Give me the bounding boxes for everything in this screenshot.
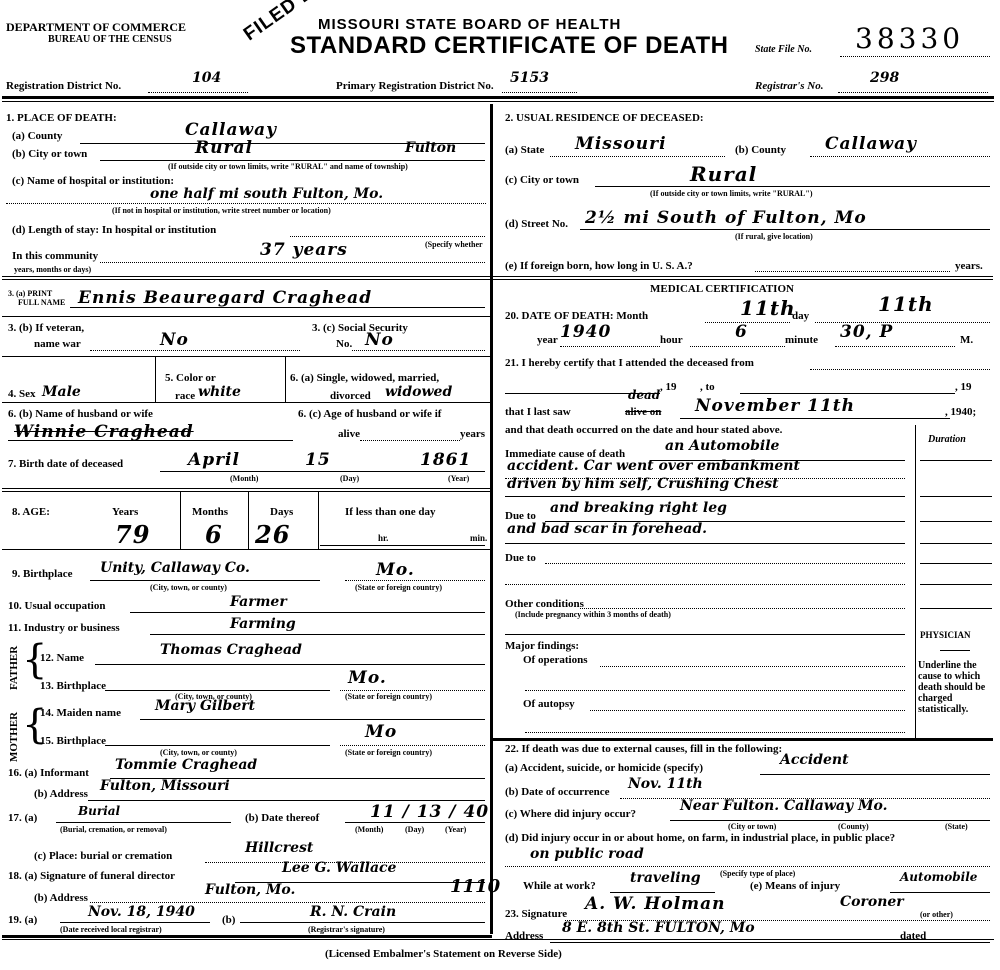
res-city-label: (c) City or town [505, 174, 579, 186]
father-birth-label: 13. Birthplace [40, 680, 106, 692]
name-label-2: FULL NAME [18, 298, 65, 307]
father-state-caption: (State or foreign country) [345, 692, 432, 701]
dod-m-suffix: M. [960, 334, 973, 346]
bureau-census: BUREAU OF THE CENSUS [48, 34, 172, 45]
birth-year: 1861 [420, 450, 471, 470]
birthplace-label: 9. Birthplace [12, 568, 73, 580]
days-label: Days [270, 506, 293, 518]
res-county-label: (b) County [735, 144, 786, 156]
major-findings-label: Major findings: [505, 640, 579, 652]
pod-stay-label: (d) Length of stay: In hospital or insti… [12, 224, 216, 236]
registrar-caption: (Registrar's signature) [308, 925, 385, 934]
dod-label: 20. DATE OF DEATH: Month [505, 310, 648, 322]
page-title: STANDARD CERTIFICATE OF DEATH [290, 32, 728, 60]
dated-label: dated [900, 930, 926, 942]
where-value: Near Fulton. Callaway Mo. [680, 798, 887, 814]
last-saw-label: that I last saw [505, 406, 571, 418]
marital-label-1: 6. (a) Single, widowed, married, [290, 372, 439, 384]
last-saw-year: , 1940; [945, 406, 976, 418]
state-file-number: 38330 [855, 22, 964, 55]
industry-label: 11. Industry or business [8, 622, 120, 634]
birth-day: 15 [305, 450, 331, 470]
father-birth: Mo. [348, 668, 387, 688]
spouse-name: Winnie Craghead [14, 422, 194, 442]
where-label: (c) Where did injury occur? [505, 808, 636, 820]
dod-day-label: day [792, 310, 809, 322]
years-label: Years [112, 506, 138, 518]
registrar-sig-label: (b) [222, 914, 235, 926]
pod-community-value: 37 years [260, 240, 348, 260]
father-name: Thomas Craghead [160, 642, 302, 658]
work-label: While at work? [523, 880, 596, 892]
burial-date-day: 13 [417, 802, 443, 822]
pod-city-extra: Fulton [405, 140, 456, 156]
pod-county: Callaway [185, 120, 277, 140]
marital-value: widowed [385, 384, 452, 400]
color-label-1: 5. Color or [165, 372, 216, 384]
due-line-1: and breaking right leg [550, 500, 727, 516]
burial-date-label: (b) Date thereof [245, 812, 319, 824]
mother-birth-label: 15. Birthplace [40, 735, 106, 747]
age-days: 26 [255, 520, 290, 549]
veteran-value: No [160, 330, 189, 350]
burial-year-caption: (Year) [445, 825, 466, 834]
res-street-label: (d) Street No. [505, 218, 568, 230]
pod-city-note: (If outside city or town limits, write "… [168, 162, 408, 171]
pod-hospital: one half mi south Fulton, Mo. [150, 186, 383, 202]
manner-value: Accident [780, 752, 849, 768]
dod-hour-label: hour [660, 334, 683, 346]
dod-hour: 6 [735, 322, 748, 342]
last-saw-status: dead [628, 388, 660, 402]
physician-signature: A. W. Holman [585, 894, 726, 914]
mother-side-label: MOTHER [8, 712, 20, 762]
burial-place: Hillcrest [245, 840, 313, 856]
res-street: 2½ mi South of Fulton, Mo [585, 208, 867, 228]
father-side-label: FATHER [8, 646, 20, 690]
received-date: Nov. 18, 1940 [88, 904, 195, 920]
residence-heading: 2. USUAL RESIDENCE OF DECEASED: [505, 112, 704, 124]
other-conditions-label: Other conditions [505, 598, 584, 610]
color-label-2: race [175, 390, 195, 402]
informant-address-label: (b) Address [34, 788, 88, 800]
occurrence-date: Nov. 11th [628, 776, 703, 792]
primary-reg-number: 5153 [510, 70, 549, 86]
burial-day-caption: (Day) [405, 825, 424, 834]
from-19: , 19 [660, 381, 677, 393]
marital-label-2: divorced [330, 390, 371, 402]
birthplace-city-caption: (City, town, or county) [150, 583, 227, 592]
pod-city-label: (b) City or town [12, 148, 87, 160]
cause-line-2: accident. Car went over embankment [507, 458, 800, 474]
res-city: Rural [690, 162, 757, 186]
spouse-age-label-1: 6. (c) Age of husband or wife if [298, 408, 441, 420]
funeral-director-signature: Lee G. Wallace [282, 860, 396, 876]
full-name: Ennis Beauregard Craghead [78, 288, 372, 308]
other-conditions-note: (Include pregnancy within 3 months of de… [515, 610, 671, 619]
mother-city-caption: (City, town, or county) [160, 748, 237, 757]
where-city-caption: (City or town) [728, 822, 776, 831]
res-county: Callaway [825, 134, 917, 154]
burial-date: 11 / 13 / 40 [370, 802, 489, 822]
pod-city: Rural [195, 138, 253, 158]
reg-district-label: Registration District No. [6, 80, 121, 92]
physician-label: PHYSICIAN [920, 630, 971, 640]
primary-reg-label: Primary Registration District No. [336, 80, 494, 92]
ssn-label-2: No. [336, 338, 352, 350]
due-line-2: and bad scar in forehead. [507, 521, 707, 537]
means-label: (e) Means of injury [750, 880, 840, 892]
dod-year: 1940 [560, 322, 611, 342]
informant-value: Tommie Craghead [115, 757, 257, 773]
age-months: 6 [205, 520, 223, 549]
board-heading: MISSOURI STATE BOARD OF HEALTH [318, 16, 621, 33]
dept-commerce: DEPARTMENT OF COMMERCE [6, 20, 186, 35]
hr-label: hr. [378, 533, 388, 543]
birthplace-state: Mo. [376, 560, 415, 580]
birth-label: 7. Birth date of deceased [8, 458, 123, 470]
place-of-death-heading: 1. PLACE OF DEATH: [6, 112, 117, 124]
mother-name-label: 14. Maiden name [40, 707, 121, 719]
min-label: min. [470, 533, 487, 543]
footer-note: (Licensed Embalmer's Statement on Revers… [325, 948, 562, 960]
month-caption: (Month) [230, 474, 258, 483]
sex-label: 4. Sex [8, 388, 36, 400]
spouse-age-label-2: alive [338, 428, 360, 440]
age-years: 79 [115, 520, 150, 549]
mother-state-caption: (State or foreign country) [345, 748, 432, 757]
physician-address: 8 E. 8th St. FULTON, Mo [562, 920, 755, 936]
occurred-text: and that death occurred on the date and … [505, 424, 782, 436]
name-label-1: 3. (a) PRINT [8, 289, 52, 298]
received-caption: (Date received local registrar) [60, 925, 162, 934]
work-value: traveling [630, 870, 701, 886]
sex-value: Male [42, 384, 81, 400]
pod-county-label: (a) County [12, 130, 62, 142]
cause-line-3: driven by him self, Crushing Chest [507, 476, 779, 492]
dod-minute-label: minute [785, 334, 818, 346]
place-type-caption: (Specify type of place) [720, 869, 795, 878]
pod-community-label: In this community [12, 250, 98, 262]
father-name-label: 12. Name [40, 652, 84, 664]
mother-name: Mary Gilbert [155, 698, 255, 714]
industry-value: Farming [230, 616, 296, 632]
signature-other: (or other) [920, 910, 953, 919]
place-type-label: (d) Did injury occur in or about home, o… [505, 832, 895, 844]
spouse-label: 6. (b) Name of husband or wife [8, 408, 153, 420]
dod-month: 11th [740, 296, 796, 320]
ssn-value: No [365, 330, 394, 350]
lt-day-label: If less than one day [345, 506, 435, 518]
registrar-no-label: Registrar's No. [755, 80, 823, 92]
to-label: , to [700, 381, 715, 393]
cause-line-1: an Automobile [665, 438, 779, 454]
to-19: , 19 [955, 381, 972, 393]
pod-specify-note: (Specify whether [425, 240, 483, 249]
res-street-note: (If rural, give location) [735, 232, 813, 241]
license-number: 1110 [450, 876, 500, 897]
physician-address-label: Address [505, 930, 543, 942]
res-state: Missouri [575, 134, 667, 154]
burial-month-caption: (Month) [355, 825, 383, 834]
burial-place-label: (c) Place: burial or cremation [34, 850, 172, 862]
external-heading: 22. If death was due to external causes,… [505, 743, 782, 755]
alive-on: alive on [625, 406, 661, 418]
pod-community-note: years, months or days) [14, 265, 91, 274]
res-foreign-suffix: years. [955, 260, 983, 272]
veteran-label-1: 3. (b) If veteran, [8, 322, 84, 334]
signature-label: 23. Signature [505, 908, 567, 920]
day-caption: (Day) [340, 474, 359, 483]
received-label: 19. (a) [8, 914, 37, 926]
where-county-caption: (County) [838, 822, 869, 831]
dod-year-label: year [537, 334, 558, 346]
occurrence-date-label: (b) Date of occurrence [505, 786, 610, 798]
burial-date-year: 40 [463, 802, 489, 822]
dod-day: 11th [878, 292, 934, 316]
duration-label: Duration [928, 434, 966, 445]
signature-title: Coroner [840, 894, 904, 910]
autopsy-label: Of autopsy [523, 698, 575, 710]
means-value: Automobile [900, 870, 977, 884]
where-state-caption: (State) [945, 822, 968, 831]
months-label: Months [192, 506, 228, 518]
veteran-label-2: name war [34, 338, 81, 350]
director-address: Fulton, Mo. [205, 882, 295, 898]
place-type-value: on public road [530, 846, 644, 862]
registrar-number: 298 [870, 70, 899, 86]
operations-label: Of operations [523, 654, 587, 666]
occupation-value: Farmer [230, 594, 287, 610]
state-file-label: State File No. [755, 44, 812, 55]
medical-heading: MEDICAL CERTIFICATION [650, 283, 794, 295]
spouse-age-suffix: years [460, 428, 485, 440]
registrar-signature: R. N. Crain [310, 904, 396, 920]
year-caption: (Year) [448, 474, 469, 483]
dod-minute: 30, P [840, 322, 893, 342]
age-label: 8. AGE: [12, 506, 50, 518]
funeral-director-label: 18. (a) Signature of funeral director [8, 870, 175, 882]
burial-value: Burial [78, 804, 120, 818]
director-address-label: (b) Address [34, 892, 88, 904]
res-state-label: (a) State [505, 144, 544, 156]
res-foreign-label: (e) If foreign born, how long in U. S. A… [505, 260, 693, 272]
informant-label: 16. (a) Informant [8, 767, 89, 779]
informant-address: Fulton, Missouri [100, 778, 230, 794]
color-value: white [198, 384, 241, 400]
birth-month: April [188, 450, 240, 470]
pod-hospital-note: (If not in hospital or institution, writ… [112, 206, 331, 215]
res-city-note: (If outside city or town limits, write "… [650, 189, 813, 198]
birthplace-city: Unity, Callaway Co. [100, 560, 250, 576]
underline-note: Underline the cause to which death shoul… [918, 660, 992, 715]
birthplace-state-caption: (State or foreign country) [355, 583, 442, 592]
reg-district-number: 104 [192, 70, 221, 86]
occupation-label: 10. Usual occupation [8, 600, 106, 612]
last-saw-date: November 11th [695, 396, 855, 416]
burial-caption: (Burial, cremation, or removal) [60, 825, 167, 834]
burial-date-month: 11 [370, 802, 396, 822]
due-to-label-2: Due to [505, 552, 536, 564]
burial-label: 17. (a) [8, 812, 37, 824]
certify-text: 21. I hereby certify that I attended the… [505, 357, 754, 369]
mother-birth: Mo [365, 722, 397, 742]
manner-label: (a) Accident, suicide, or homicide (spec… [505, 762, 703, 774]
